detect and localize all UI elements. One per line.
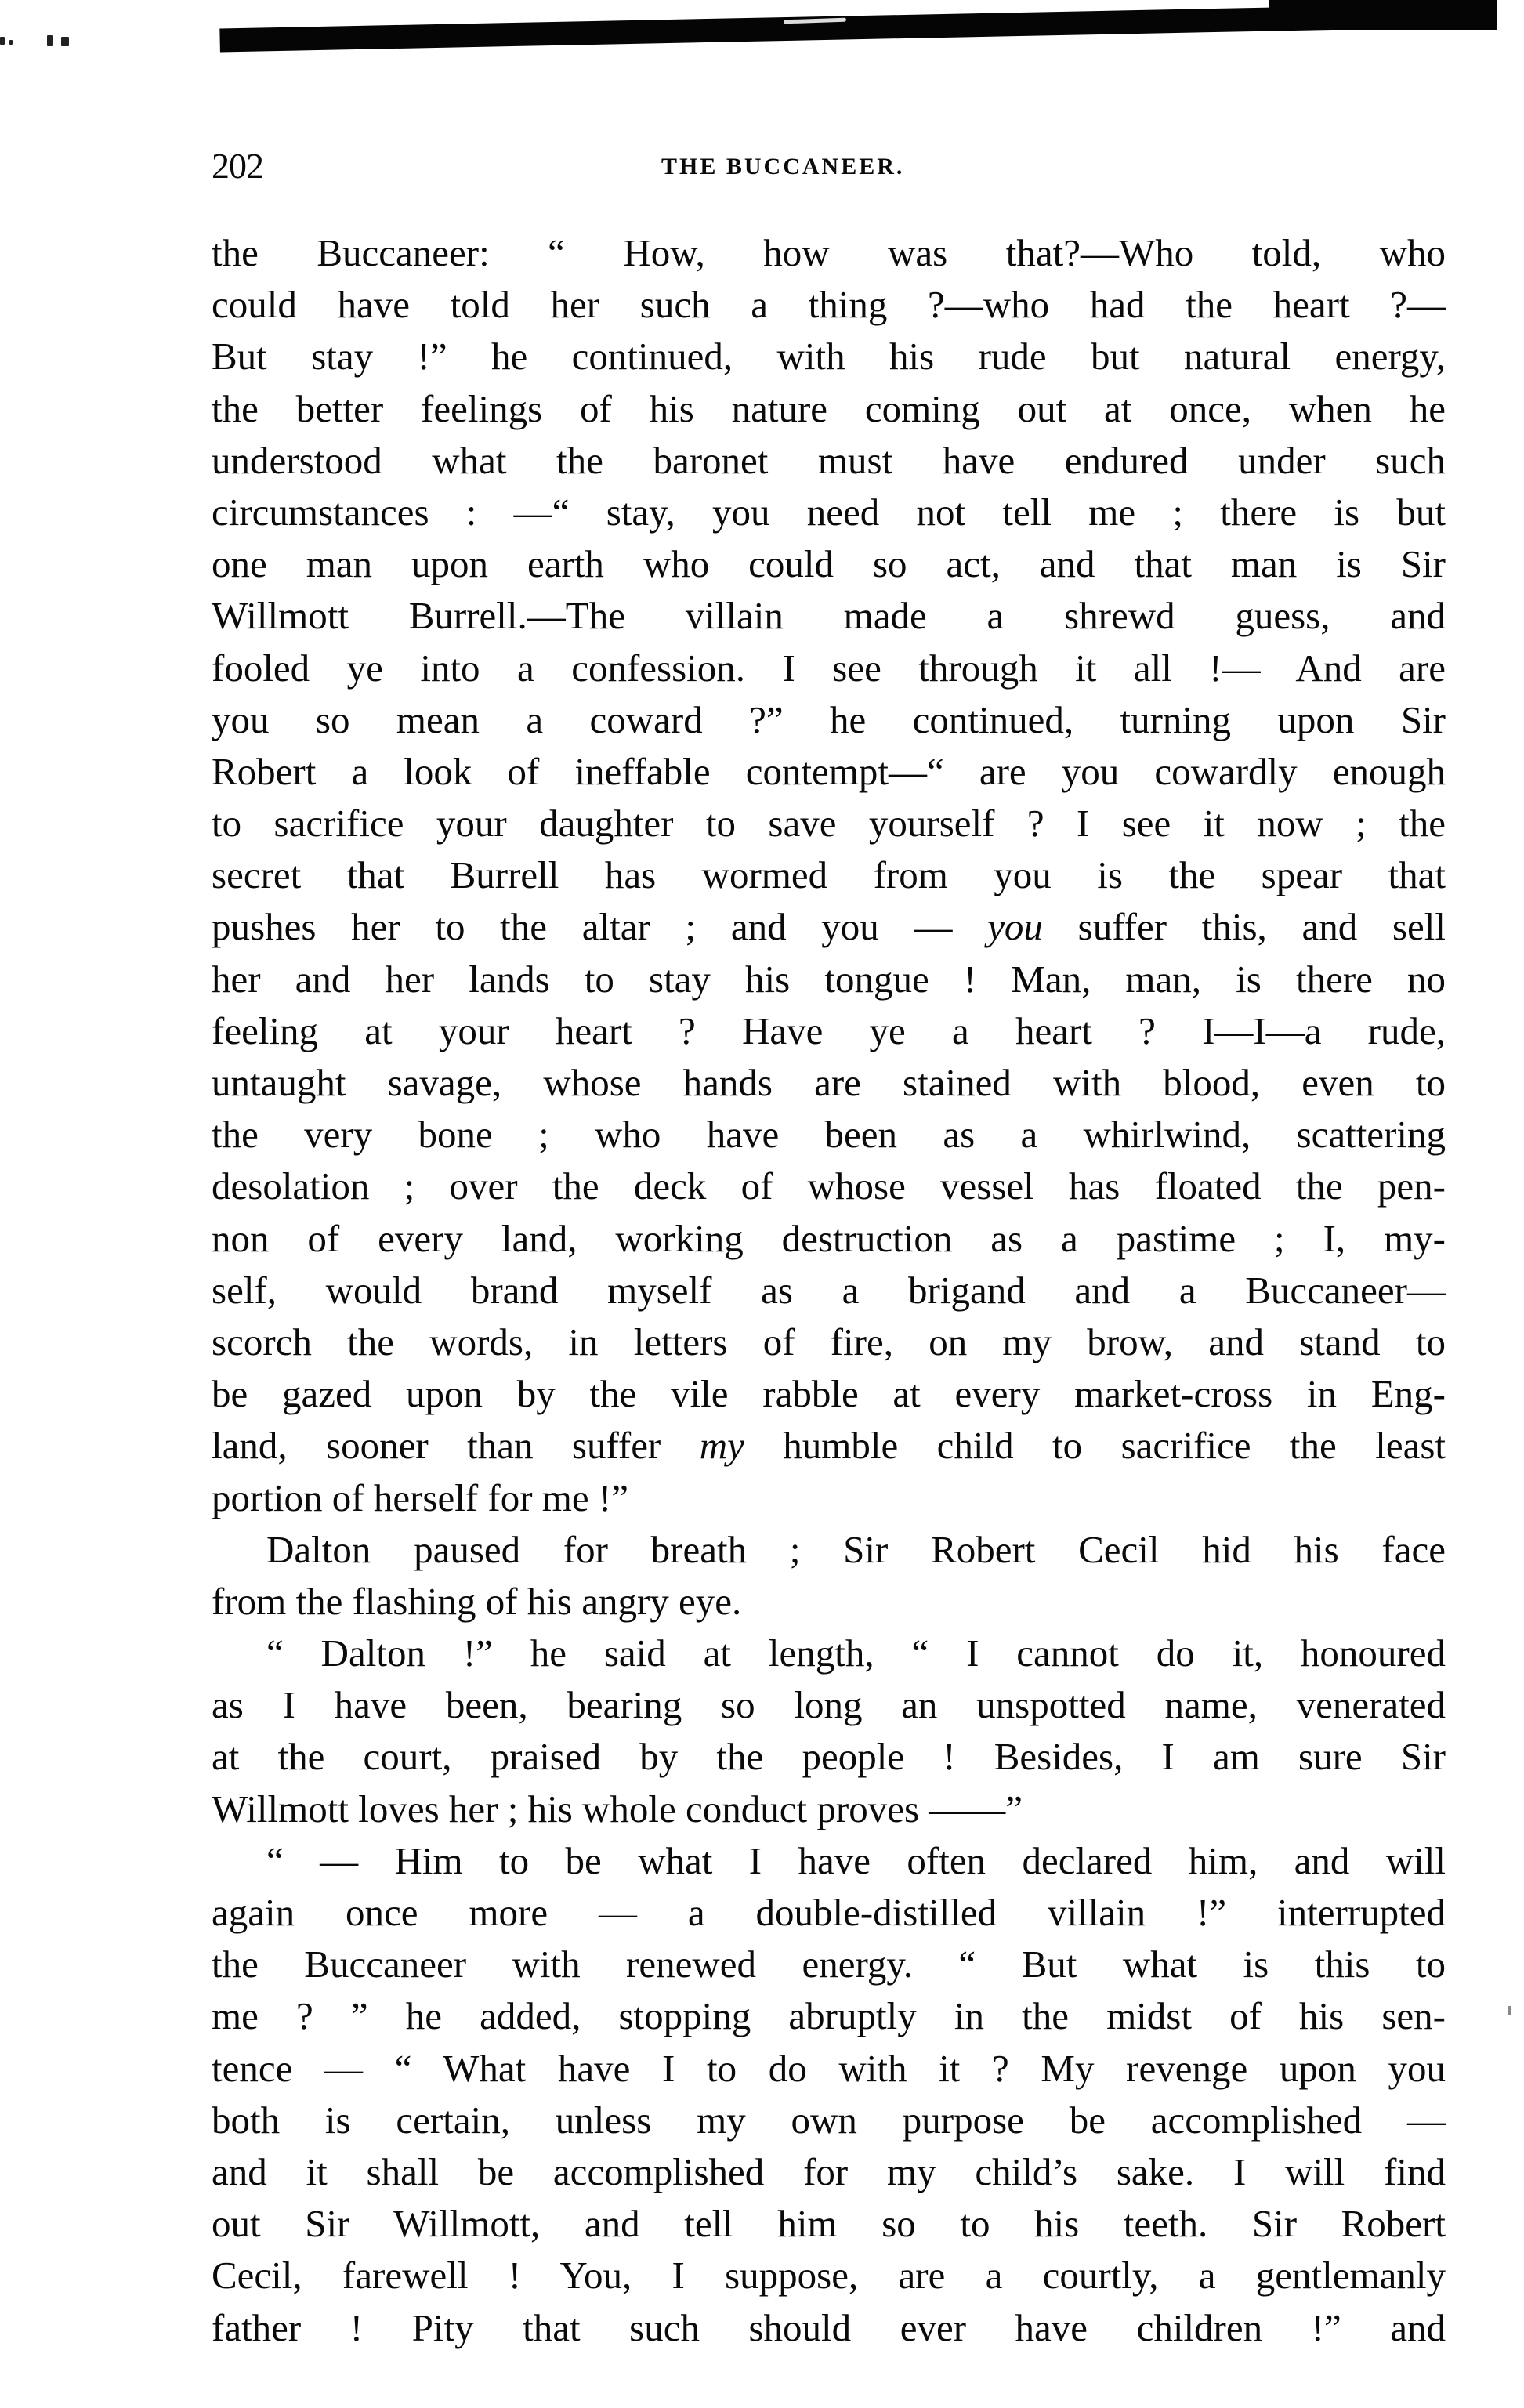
text-line: feeling at your heart ? Have ye a heart … (212, 1005, 1446, 1057)
text-line: But stay !” he continued, with his rude … (212, 331, 1446, 382)
text-line: one man upon earth who could so act, and… (212, 538, 1446, 590)
text-line: land, sooner than suffer my humble child… (212, 1420, 1446, 1472)
scan-specks (0, 35, 180, 51)
speck (9, 40, 13, 45)
speck (0, 37, 5, 45)
text-line: her and her lands to stay his tongue ! M… (212, 954, 1446, 1005)
text-line: to sacrifice your daughter to save yours… (212, 798, 1446, 849)
text-line: Robert a look of ineffable contempt—“ ar… (212, 746, 1446, 798)
text-line: fooled ye into a confession. I see throu… (212, 643, 1446, 694)
text-line: untaught savage, whose hands are stained… (212, 1057, 1446, 1109)
text-line: portion of herself for me !” (212, 1472, 1446, 1524)
text-line: from the flashing of his angry eye. (212, 1576, 1446, 1628)
text-line: tence — “ What have I to do with it ? My… (212, 2043, 1446, 2095)
text-line: non of every land, working destruction a… (212, 1213, 1446, 1265)
text-run: humble child to sacrifice the least (744, 1424, 1446, 1467)
paragraph-start: “ Dalton !” he said at length, “ I canno… (212, 1628, 1446, 1679)
scan-shadow-bar-right (1269, 0, 1497, 30)
text-line: Cecil, farewell ! You, I suppose, are a … (212, 2250, 1446, 2301)
scan-artifact-bar (0, 0, 1524, 63)
speck (61, 37, 69, 46)
text-run: pushes her to the altar ; and you — (212, 905, 987, 948)
text-line: Willmott Burrell.—The villain made a shr… (212, 590, 1446, 642)
margin-speck (1508, 2006, 1511, 2015)
speck (47, 35, 53, 46)
text-line: again once more — a double-distilled vil… (212, 1887, 1446, 1939)
text-line: and it shall be accomplished for my chil… (212, 2146, 1446, 2198)
text-line: understood what the baronet must have en… (212, 435, 1446, 487)
paragraph-start: “ — Him to be what I have often declared… (212, 1835, 1446, 1887)
italic-emphasis: my (700, 1424, 744, 1467)
text-line: Willmott loves her ; his whole conduct p… (212, 1783, 1446, 1835)
text-line: could have told her such a thing ?—who h… (212, 279, 1446, 331)
paragraph-start: Dalton paused for breath ; Sir Robert Ce… (212, 1524, 1446, 1576)
text-line: be gazed upon by the vile rabble at ever… (212, 1368, 1446, 1420)
running-head: 202 THE BUCCANEER. (212, 143, 1446, 190)
text-line: self, would brand myself as a brigand an… (212, 1265, 1446, 1316)
body-text: the Buccaneer: “ How, how was that?—Who … (212, 227, 1446, 2354)
text-line: the better feelings of his nature coming… (212, 383, 1446, 435)
text-line: you so mean a coward ?” he continued, tu… (212, 694, 1446, 746)
running-title: THE BUCCANEER. (661, 147, 904, 186)
text-line: both is certain, unless my own purpose b… (212, 2095, 1446, 2146)
text-line: out Sir Willmott, and tell him so to his… (212, 2198, 1446, 2250)
page-number: 202 (212, 143, 263, 190)
text-line: secret that Burrell has wormed from you … (212, 849, 1446, 901)
text-line: the Buccaneer: “ How, how was that?—Who … (212, 227, 1446, 279)
text-line: the very bone ; who have been as a whirl… (212, 1109, 1446, 1161)
text-line: me ? ” he added, stopping abruptly in th… (212, 1990, 1446, 2042)
text-line: at the court, praised by the people ! Be… (212, 1731, 1446, 1783)
text-run: suffer this, and sell (1043, 905, 1446, 948)
text-line: desolation ; over the deck of whose vess… (212, 1161, 1446, 1212)
text-line: the Buccaneer with renewed energy. “ But… (212, 1939, 1446, 1990)
text-line: father ! Pity that such should ever have… (212, 2302, 1446, 2354)
text-run: land, sooner than suffer (212, 1424, 700, 1467)
text-line: pushes her to the altar ; and you — you … (212, 901, 1446, 953)
text-line: circumstances : —“ stay, you need not te… (212, 487, 1446, 538)
text-line: as I have been, bearing so long an unspo… (212, 1679, 1446, 1731)
text-line: scorch the words, in letters of fire, on… (212, 1316, 1446, 1368)
italic-emphasis: you (987, 905, 1043, 948)
